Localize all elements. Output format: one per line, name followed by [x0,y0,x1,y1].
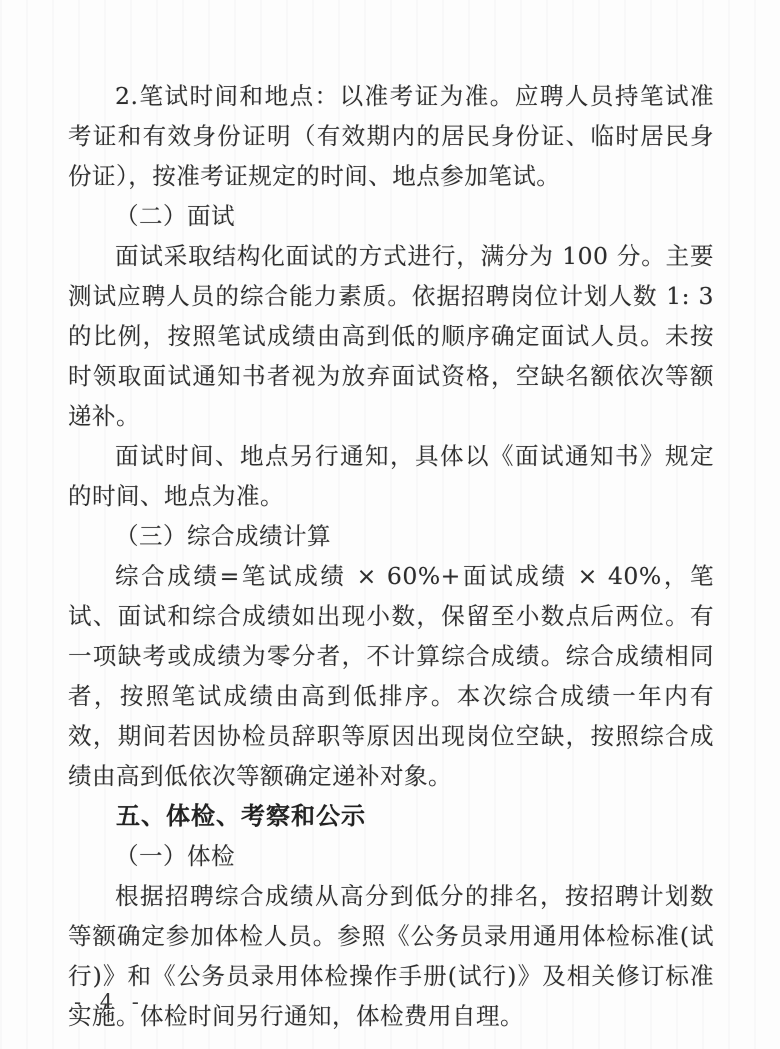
paragraph-written-test-time: 2.笔试时间和地点：以准考证为准。应聘人员持笔试准考证和有效身份证明（有效期内的… [68,76,714,196]
subsection-heading-physical-exam: （一）体检 [68,836,714,876]
paragraph-interview-notice: 面试时间、地点另行通知，具体以《面试通知书》规定的时间、地点为准。 [68,436,714,516]
paragraph-interview-method: 面试采取结构化面试的方式进行，满分为 100 分。主要测试应聘人员的综合能力素质… [68,236,714,436]
page-number: - 4 - [74,990,145,1014]
subsection-heading-interview: （二）面试 [68,196,714,236]
section-heading-physical-exam-inspection-publicity: 五、体检、考察和公示 [68,796,714,836]
scanned-document-page: 2.笔试时间和地点：以准考证为准。应聘人员持笔试准考证和有效身份证明（有效期内的… [0,0,780,1049]
paragraph-composite-score-formula: 综合成绩=笔试成绩 × 60%+面试成绩 × 40%，笔试、面试和综合成绩如出现… [68,556,714,796]
paragraph-physical-exam-details: 根据招聘综合成绩从高分到低分的排名，按招聘计划数等额确定参加体检人员。参照《公务… [68,876,714,1036]
document-content: 2.笔试时间和地点：以准考证为准。应聘人员持笔试准考证和有效身份证明（有效期内的… [68,76,714,1036]
subsection-heading-composite-score: （三）综合成绩计算 [68,516,714,556]
